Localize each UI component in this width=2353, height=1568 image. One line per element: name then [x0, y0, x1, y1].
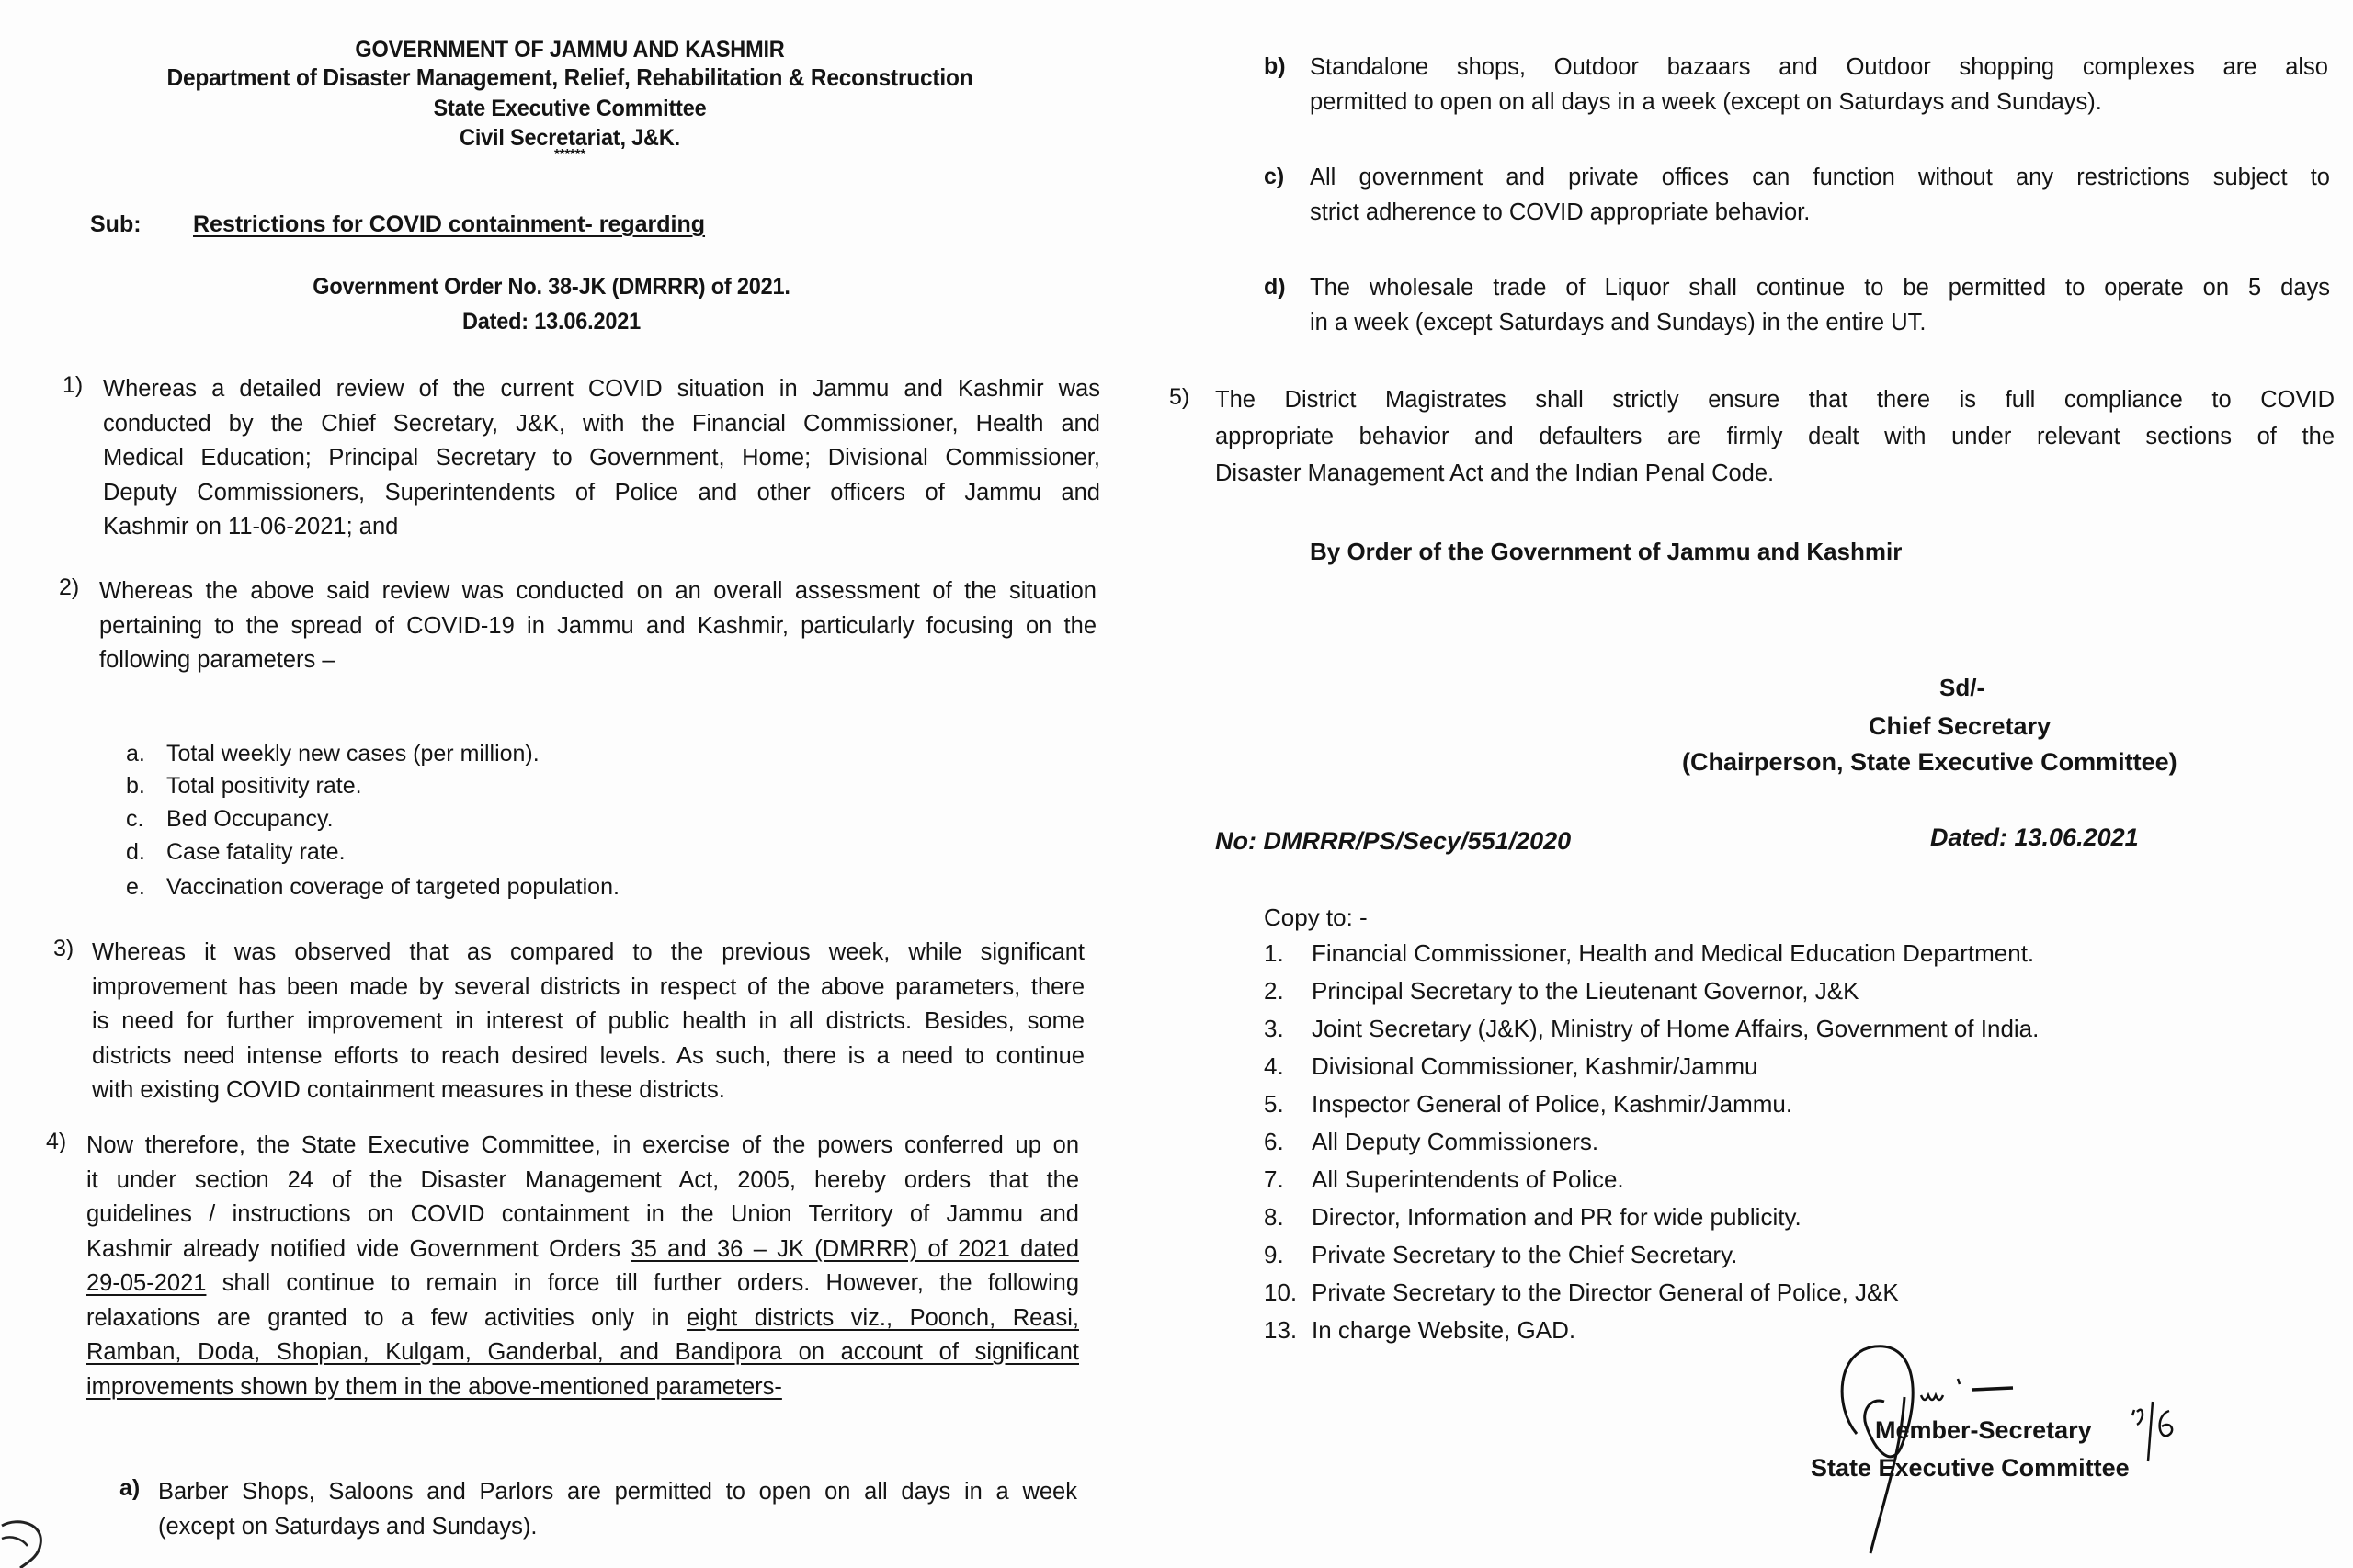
para-line: 29-05-2021 shall continue to remain in f…: [86, 1267, 1079, 1301]
list-item: 5.Inspector General of Police, Kashmir/J…: [1264, 1090, 1792, 1119]
para-line: All government and private offices can f…: [1310, 161, 2330, 196]
list-item: e.Vaccination coverage of targeted popul…: [126, 874, 620, 901]
reference-date: Dated: 13.06.2021: [1930, 824, 2139, 852]
by-order-line: By Order of the Government of Jammu and …: [1310, 538, 1902, 566]
order-date: Dated: 13.06.2021: [76, 309, 1027, 335]
para-4-number: 4): [46, 1129, 66, 1155]
margin-scribble-icon: [0, 1517, 55, 1568]
para-line: guidelines / instructions on COVID conta…: [86, 1198, 1079, 1233]
relaxation-a: Barber Shops, Saloons and Parlors are pe…: [158, 1475, 1077, 1544]
para-3-number: 3): [53, 936, 74, 962]
list-item: a.Total weekly new cases (per million).: [126, 741, 540, 767]
reference-number: No: DMRRR/PS/Secy/551/2020: [1215, 827, 1571, 856]
para-line: relaxations are granted to a few activit…: [86, 1301, 1079, 1336]
para-line: conducted by the Chief Secretary, J&K, w…: [103, 407, 1100, 442]
para-line: following parameters –: [99, 643, 1097, 678]
list-item: 9.Private Secretary to the Chief Secreta…: [1264, 1241, 1737, 1269]
para-5: The District Magistrates shall strictly …: [1215, 381, 2335, 492]
para-line: The wholesale trade of Liquor shall cont…: [1310, 271, 2330, 306]
list-item: 8.Director, Information and PR for wide …: [1264, 1203, 1802, 1232]
list-item: 7.All Superintendents of Police.: [1264, 1165, 1624, 1194]
districts-list: eight districts viz., Poonch, Reasi,: [687, 1305, 1079, 1331]
department-name: Department of Disaster Management, Relie…: [95, 63, 1045, 92]
sd-mark: Sd/-: [1939, 674, 1984, 702]
para-line: Ramban, Doda, Shopian, Kulgam, Ganderbal…: [86, 1335, 1079, 1370]
list-item: b.Total positivity rate.: [126, 773, 362, 800]
subject-label: Sub:: [90, 211, 142, 238]
para-line: Standalone shops, Outdoor bazaars and Ou…: [1310, 51, 2328, 85]
relaxation-b-marker: b): [1264, 53, 1286, 80]
list-item: 13.In charge Website, GAD.: [1264, 1316, 1575, 1345]
para-line: strict adherence to COVID appropriate be…: [1310, 196, 2330, 231]
relaxation-a-marker: a): [119, 1475, 140, 1502]
para-1-number: 1): [63, 372, 83, 399]
member-secretary-body: State Executive Committee: [1811, 1454, 2130, 1483]
para-line: pertaining to the spread of COVID-19 in …: [99, 609, 1097, 644]
relaxation-c: All government and private offices can f…: [1310, 161, 2330, 230]
para-line: it under section 24 of the Disaster Mana…: [86, 1164, 1079, 1199]
govt-name: GOVERNMENT OF JAMMU AND KASHMIR: [95, 37, 1045, 63]
para-line: in a week (except Saturdays and Sundays)…: [1310, 306, 2330, 341]
para-line: improvements shown by them in the above-…: [86, 1370, 1079, 1405]
committee-name: State Executive Committee: [95, 96, 1045, 122]
para-line: improvement has been made by several dis…: [92, 971, 1085, 1006]
list-item: d.Case fatality rate.: [126, 839, 346, 866]
para-1: Whereas a detailed review of the current…: [103, 372, 1100, 545]
relaxation-d: The wholesale trade of Liquor shall cont…: [1310, 271, 2330, 340]
para-line: is need for further improvement in inter…: [92, 1005, 1085, 1040]
subject-text: Restrictions for COVID containment- rega…: [193, 211, 705, 238]
para-line: (except on Saturdays and Sundays).: [158, 1510, 1077, 1545]
list-item: 4.Divisional Commissioner, Kashmir/Jammu: [1264, 1052, 1757, 1081]
para-line: permitted to open on all days in a week …: [1310, 85, 2328, 120]
para-2: Whereas the above said review was conduc…: [99, 574, 1097, 678]
list-item: 3.Joint Secretary (J&K), Ministry of Hom…: [1264, 1015, 2039, 1043]
list-item: 10.Private Secretary to the Director Gen…: [1264, 1278, 1899, 1307]
referenced-orders: 35 and 36 – JK (DMRRR) of 2021 dated: [631, 1236, 1079, 1262]
relaxation-b: Standalone shops, Outdoor bazaars and Ou…: [1310, 51, 2328, 119]
para-line: appropriate behavior and defaulters are …: [1215, 418, 2335, 455]
list-item: 2.Principal Secretary to the Lieutenant …: [1264, 977, 1859, 1006]
copy-to-label: Copy to: -: [1264, 903, 1368, 932]
para-line: Now therefore, the State Executive Commi…: [86, 1129, 1079, 1164]
list-item: 1.Financial Commissioner, Health and Med…: [1264, 939, 2034, 968]
order-number: Government Order No. 38-JK (DMRRR) of 20…: [76, 274, 1027, 301]
para-2-number: 2): [59, 574, 79, 601]
para-line: Kashmir on 11-06-2021; and: [103, 510, 1100, 545]
para-line: Disaster Management Act and the Indian P…: [1215, 455, 2335, 492]
para-4: Now therefore, the State Executive Commi…: [86, 1129, 1079, 1404]
member-secretary-title: Member-Secretary: [1875, 1416, 2092, 1445]
para-5-number: 5): [1169, 384, 1189, 411]
para-line: Kashmir already notified vide Government…: [86, 1233, 1079, 1267]
relaxation-c-marker: c): [1264, 164, 1284, 190]
para-line: Whereas the above said review was conduc…: [99, 574, 1097, 609]
signatory-designation: Chief Secretary: [1869, 712, 2051, 741]
para-line: districts need intense efforts to reach …: [92, 1040, 1085, 1074]
signatory-role: (Chairperson, State Executive Committee): [1682, 748, 2177, 777]
para-line: Whereas a detailed review of the current…: [103, 372, 1100, 407]
para-line: Deputy Commissioners, Superintendents of…: [103, 476, 1100, 511]
list-item: c.Bed Occupancy.: [126, 806, 334, 833]
list-item: 6.All Deputy Commissioners.: [1264, 1128, 1598, 1156]
para-line: Barber Shops, Saloons and Parlors are pe…: [158, 1475, 1077, 1510]
para-line: with existing COVID containment measures…: [92, 1074, 1085, 1108]
separator-stars: ******: [95, 147, 1045, 164]
referenced-date: 29-05-2021: [86, 1270, 206, 1296]
para-line: The District Magistrates shall strictly …: [1215, 381, 2335, 418]
para-3: Whereas it was observed that as compared…: [92, 936, 1085, 1108]
relaxation-d-marker: d): [1264, 274, 1286, 301]
para-line: Medical Education; Principal Secretary t…: [103, 441, 1100, 476]
para-line: Whereas it was observed that as compared…: [92, 936, 1085, 971]
